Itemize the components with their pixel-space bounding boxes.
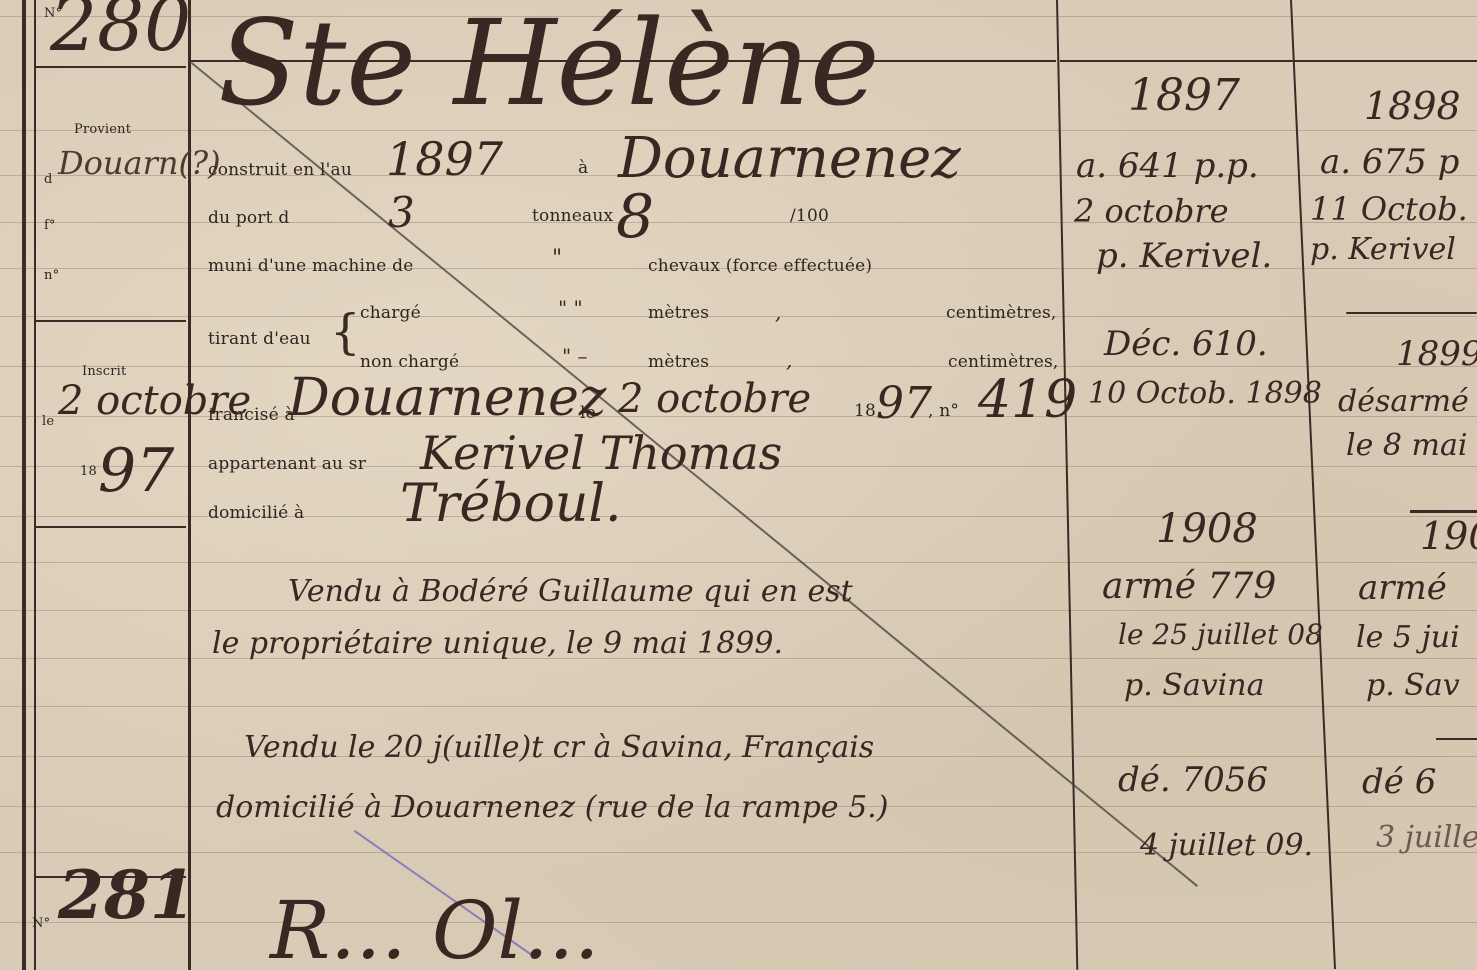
visa2-b-line1: désarmé 9 [1338, 384, 1477, 419]
visa2-c-line3: p. Sav [1366, 668, 1460, 703]
visa1-d-line1: dé. 7056 [1118, 760, 1268, 800]
visa1-b-line2: 10 Octob. 1898 [1088, 376, 1322, 411]
port-value: 3 [388, 188, 415, 237]
port-label: du port d [208, 208, 289, 228]
visa2-c-line2: le 5 jui [1356, 620, 1460, 655]
machine-value: " [552, 246, 562, 271]
visa1-a-line3: p. Kerivel. [1096, 236, 1272, 276]
inscrit-label: Inscrit [82, 364, 126, 379]
inscrit-le-label: le [42, 414, 54, 429]
ruling-line [0, 706, 1477, 707]
visa1-c-line3: p. Savina [1124, 668, 1264, 703]
ship-name: Ste Hélène [218, 0, 880, 132]
brace: { [330, 302, 361, 362]
construit-label: construit en l'au [208, 160, 352, 180]
appartenant-label: appartenant au sr [208, 454, 366, 474]
provient-d-label: d [44, 172, 53, 187]
francise-place: Douarnenez [288, 368, 606, 428]
construit-place: Douarnenez [618, 126, 961, 191]
note-1-line-1: Vendu à Bodéré Guillaume qui en est [288, 574, 853, 609]
visa1-b-line1: Déc. 610. [1104, 324, 1268, 364]
visa2-a-line1: a. 675 p [1320, 142, 1459, 182]
visa2-b-year: 1899 [1396, 334, 1477, 374]
visa1-c-line1: armé 779 [1102, 566, 1276, 607]
ruling-line [0, 366, 1477, 367]
visa2-c-line1: armé [1358, 568, 1447, 608]
visa2-a-line2: 11 Octob. 1 [1310, 190, 1477, 228]
charge-metres-value: " " [558, 296, 583, 320]
next-entry-start: R... Ol... [270, 884, 599, 970]
visa2-separator [1346, 312, 1477, 314]
visa1-d-line2: 4 juillet 09. [1140, 828, 1313, 863]
ledger-page: N° 280 Provient d Douarn(?) f° n° Inscri… [0, 0, 1477, 970]
note-2-line-2: domicilié à Douarnenez (rue de la rampe … [216, 790, 888, 825]
visa1-a-year: 1897 [1128, 70, 1240, 121]
visa2-a-year: 1898 [1364, 84, 1461, 128]
francise-date: 2 octobre [618, 376, 811, 422]
francise-label: francisé à [208, 405, 295, 425]
column-rule-visa-1 [1056, 0, 1078, 970]
machine-label: muni d'une machine de [208, 256, 414, 276]
margin-rule-inner [34, 0, 36, 970]
tonneaux-value: 8 [616, 182, 654, 252]
charge-centimetres-label: centimètres, [946, 303, 1057, 323]
non-charge-metres-label: mètres [648, 352, 709, 372]
visa2-c-year: 190 [1420, 514, 1477, 558]
owner-name: Kerivel Thomas [420, 426, 782, 480]
provient-label: Provient [74, 122, 131, 137]
visa2-separator [1436, 738, 1477, 740]
francise-number: 419 [978, 370, 1077, 430]
section-rule [36, 526, 186, 528]
inscrit-year: 97 [98, 436, 174, 506]
domicile-label: domicilié à [208, 503, 304, 523]
note-1-line-2: le propriétaire unique, le 9 mai 1899. [212, 626, 783, 661]
non-charge-comma: , [786, 348, 792, 372]
visa1-c-year: 1908 [1156, 506, 1258, 552]
tirant-label: tirant d'eau [208, 329, 311, 349]
ruling-line [0, 316, 1477, 317]
visa1-a-line2: 2 octobre [1074, 192, 1229, 230]
tonneaux-label: tonneaux [532, 206, 613, 226]
non-charge-centimetres-label: centimètres, [948, 352, 1059, 372]
margin-rule [22, 0, 26, 970]
visa2-d-line2: 3 juille [1376, 820, 1477, 855]
next-entry-number: 281 [58, 856, 196, 934]
francise-le-label: le [580, 403, 596, 423]
section-rule [1060, 60, 1477, 62]
next-entry-label: N° [32, 916, 50, 931]
visa1-c-line2: le 25 juillet 08 [1118, 618, 1323, 651]
charge-comma: , [775, 300, 781, 324]
domicile-value: Tréboul. [400, 474, 622, 534]
n-label: n° [44, 268, 59, 283]
non-charge-metres-value: " – [562, 344, 588, 368]
f-label: f° [44, 218, 56, 233]
francise-no-label: , n° [928, 401, 959, 421]
entry-number: 280 [50, 0, 191, 68]
francise-year: 97 [876, 378, 932, 429]
inscrit-year-prefix: 18 [80, 464, 97, 479]
section-rule [36, 320, 186, 322]
visa2-d-line1: dé 6 [1362, 762, 1436, 802]
ruling-line [0, 562, 1477, 563]
visa2-a-line3: p. Kerivel [1310, 232, 1456, 267]
chevaux-label: chevaux (force effectuée) [648, 256, 872, 276]
ruling-line [0, 610, 1477, 611]
francise-year-prefix: 18 [854, 401, 876, 421]
a-label: à [578, 158, 588, 178]
visa1-a-line1: a. 641 p.p. [1076, 146, 1259, 186]
charge-label: chargé [360, 303, 421, 323]
charge-metres-label: mètres [648, 303, 709, 323]
note-2-line-1: Vendu le 20 j(uille)t cr à Savina, Franç… [244, 730, 874, 765]
visa2-separator [1410, 510, 1477, 513]
ruling-line [0, 922, 1477, 923]
provient-value: Douarn(?) [58, 144, 221, 182]
tonneaux-fraction: /100 [790, 206, 829, 226]
visa2-b-line2: le 8 mai 1 [1346, 428, 1477, 463]
construit-year: 1897 [386, 132, 503, 186]
